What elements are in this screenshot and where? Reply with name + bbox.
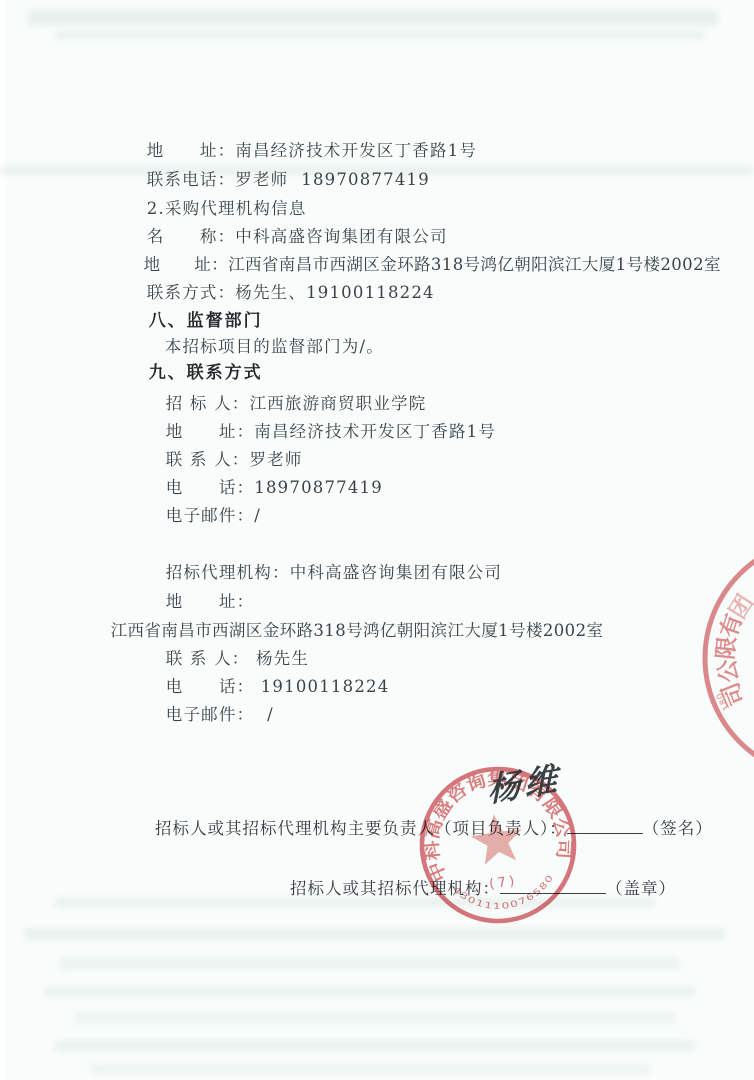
bleedthrough-band	[55, 30, 705, 40]
phone-value: 18970877419	[254, 478, 383, 497]
bleedthrough-band	[60, 958, 680, 969]
email-label: 电子邮件：	[166, 705, 255, 724]
bleedthrough-band	[45, 986, 695, 997]
email-value: /	[267, 705, 274, 724]
scanned-document-page: 地 址：南昌经济技术开发区丁香路1号 联系电话：罗老师 18970877419 …	[0, 0, 754, 1080]
partial-company-seal: 团 有 限 公 司 180	[650, 533, 754, 783]
star-icon	[468, 811, 526, 866]
bleedthrough-band	[55, 1040, 695, 1051]
seal-center-number: (7)	[488, 873, 518, 893]
bleedthrough-band	[75, 1013, 675, 1024]
agent-email-line: 电子邮件： /	[140, 682, 274, 748]
agent-value: 中科高盛咨询集团有限公司	[290, 563, 502, 582]
bleedthrough-band	[90, 1064, 650, 1074]
email-value: /	[254, 506, 261, 525]
seal-suffix: （盖章）	[606, 879, 676, 898]
phone-value: 19100118224	[261, 677, 390, 696]
contact-value: 杨先生、19100118224	[235, 283, 434, 302]
bleedthrough-band	[25, 928, 725, 940]
email-label: 电子邮件：	[166, 506, 255, 525]
sign-suffix: （签名）	[643, 819, 713, 838]
seal-char: 限	[712, 635, 741, 661]
bleedthrough-band	[28, 10, 718, 25]
